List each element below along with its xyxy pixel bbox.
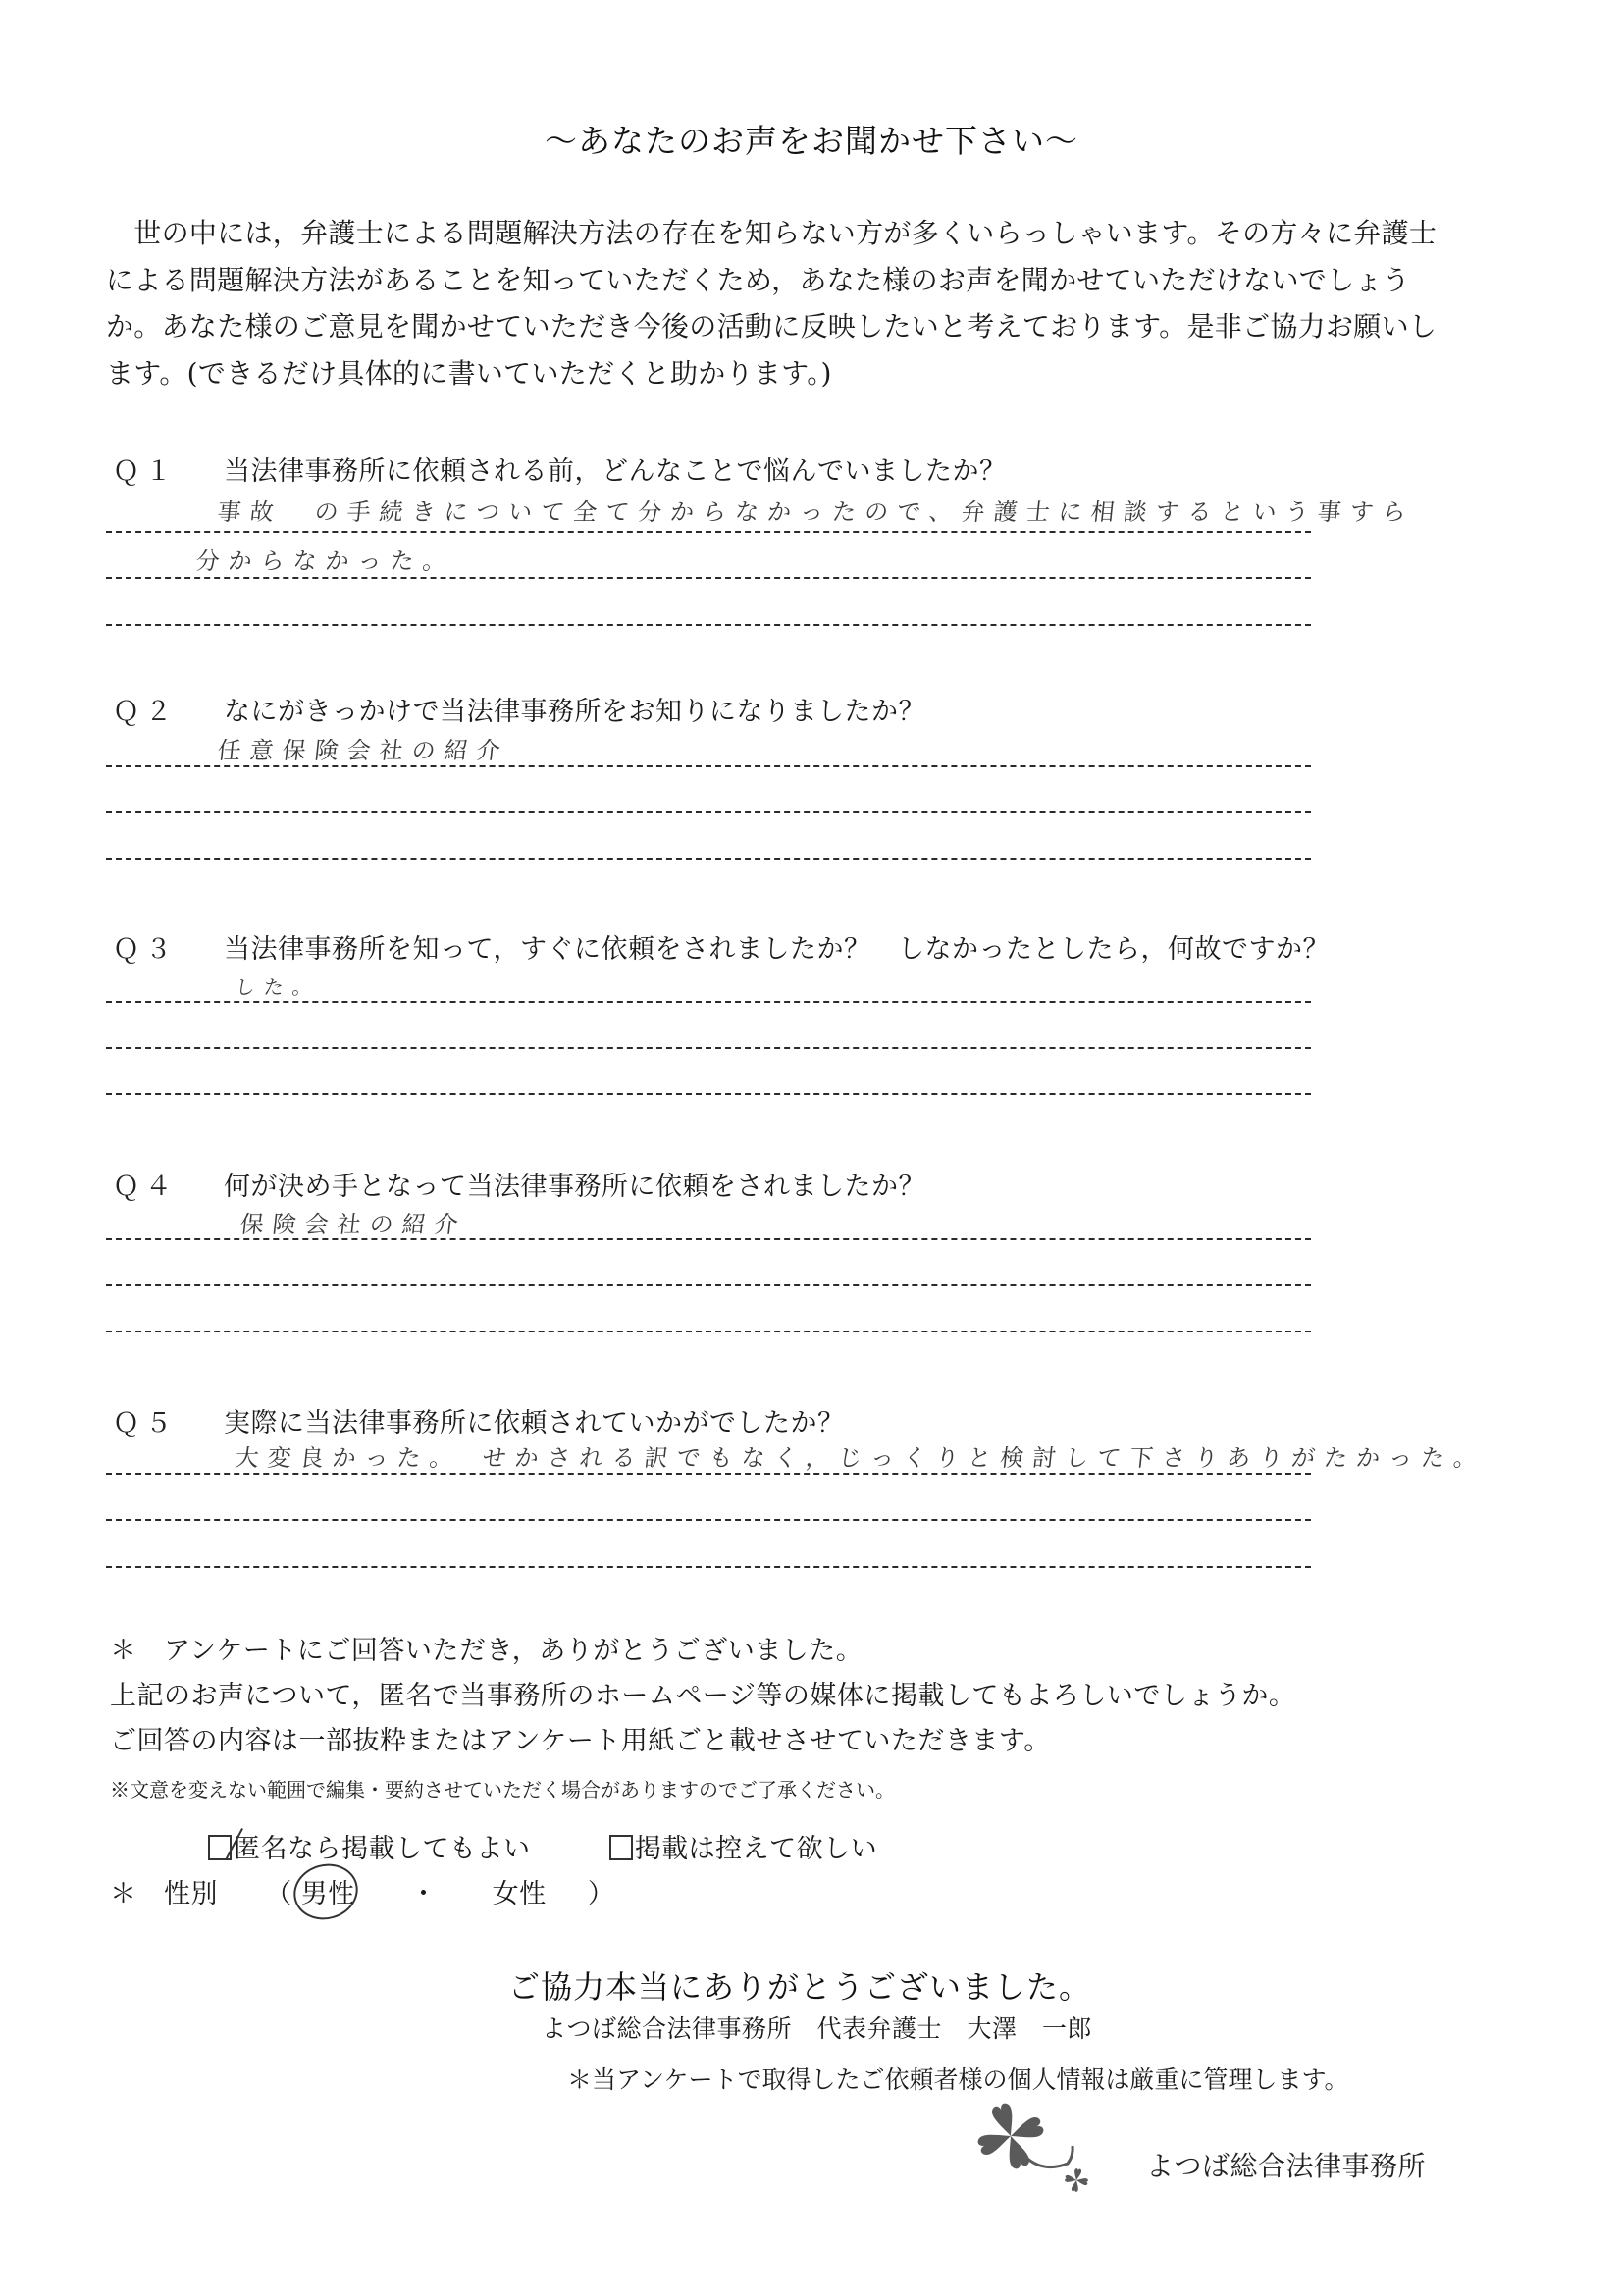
edit-note: ※文意を変えない範囲で編集・要約させていただく場合がありますのでご了承ください。 <box>110 1774 895 1802</box>
question-label: Ｑ４ <box>113 1165 178 1203</box>
question-label: Ｑ５ <box>113 1401 178 1439</box>
option-label: 掲載は控えて欲しい <box>635 1834 878 1864</box>
publish-question: 上記のお声について，匿名で当事務所のホームページ等の媒体に掲載してもよろしいでし… <box>110 1674 1295 1712</box>
signature: よつば総合法律事務所 代表弁護士 大澤 一郎 <box>542 2009 1092 2045</box>
gender-row: ＊ 性別 （ 男性 ・ 女性 ） <box>110 1872 614 1910</box>
answer-line[interactable] <box>106 1284 1311 1286</box>
checkbox-unchecked[interactable] <box>609 1835 633 1860</box>
separator: ・ <box>410 1872 438 1910</box>
handwritten-answer: 事故 の手続きについて全て分からなかったので、弁護士に相談するという事すら <box>216 493 1417 527</box>
answer-line[interactable] <box>106 858 1311 860</box>
handwritten-answer: 任意保険会社の紹介 <box>216 731 511 765</box>
gender-option-male[interactable]: 男性 <box>301 1872 355 1910</box>
checkbox-checked[interactable] <box>208 1835 232 1860</box>
publish-options: 匿名なら掲載してもよい 掲載は控えて欲しい <box>208 1827 877 1865</box>
option-allow-anonymous[interactable]: 匿名なら掲載してもよい <box>208 1834 540 1864</box>
answer-line[interactable] <box>106 1238 1311 1240</box>
question-text: 実際に当法律事務所に依頼されていかがでしたか？ <box>224 1401 845 1439</box>
question-label: Ｑ１ <box>113 449 178 488</box>
answer-line[interactable] <box>106 1566 1311 1568</box>
question-label: Ｑ２ <box>113 690 178 728</box>
answer-line[interactable] <box>106 577 1311 579</box>
firm-logo-text: よつば総合法律事務所 <box>1146 2145 1426 2184</box>
gender-option-female[interactable]: 女性 <box>493 1872 547 1910</box>
open-paren: （ <box>265 1872 292 1910</box>
handwritten-answer: 大変良かった。 せかされる訳でもなく，じっくりと検討して下さりありがたかった。 <box>234 1438 1488 1473</box>
option-decline[interactable]: 掲載は控えて欲しい <box>609 1834 878 1864</box>
answer-line[interactable] <box>106 765 1311 767</box>
thanks-line: ＊ アンケートにご回答いただき，ありがとうございました。 <box>110 1629 863 1667</box>
answer-line[interactable] <box>106 1473 1311 1475</box>
publish-note: ご回答の内容は一部抜粋またはアンケート用紙ごと載せさせていただきます。 <box>110 1719 1051 1757</box>
answer-line[interactable] <box>106 1519 1311 1521</box>
answer-line[interactable] <box>106 811 1311 813</box>
intro-line: ます。(できるだけ具体的に書いていただくと助かります。) <box>106 350 1519 397</box>
close-paren: ） <box>588 1872 615 1910</box>
question-text: 何が決め手となって当法律事務所に依頼をされましたか？ <box>224 1165 925 1203</box>
question-text: 当法律事務所を知って，すぐに依頼をされましたか？ しなかったとしたら，何故ですか… <box>224 927 1330 965</box>
option-label: 匿名なら掲載してもよい <box>234 1834 531 1864</box>
answer-line[interactable] <box>106 1093 1311 1095</box>
handwritten-answer: 分からなかった。 <box>194 542 457 576</box>
privacy-note: ＊当アンケートで取得したご依頼者様の個人情報は厳重に管理します。 <box>567 2061 1349 2096</box>
answer-line[interactable] <box>106 1047 1311 1049</box>
answer-line[interactable] <box>106 1331 1311 1332</box>
four-leaf-clover-icon <box>971 2095 1109 2203</box>
closing-thanks: ご協力本当にありがとうございました。 <box>508 1962 1091 2008</box>
intro-line: か。あなた様のご意見を聞かせていただき今後の活動に反映したいと考えております。是… <box>106 303 1519 350</box>
answer-line[interactable] <box>106 531 1311 533</box>
intro-line: による問題解決方法があることを知っていただくため，あなた様のお声を聞かせていただ… <box>106 257 1519 304</box>
question-label: Ｑ３ <box>113 927 178 965</box>
handwritten-answer: 保険会社の紹介 <box>238 1205 469 1239</box>
page-title: ～あなたのお声をお聞かせ下さい～ <box>0 116 1623 162</box>
intro-line: 世の中には，弁護士による問題解決方法の存在を知らない方が多くいらっしゃいます。そ… <box>106 210 1519 257</box>
question-text: なにがきっかけで当法律事務所をお知りになりましたか？ <box>224 690 925 728</box>
question-text: 当法律事務所に依頼される前，どんなことで悩んでいましたか？ <box>224 449 1007 488</box>
gender-prefix: ＊ 性別 <box>110 1872 218 1910</box>
answer-line[interactable] <box>106 1001 1311 1003</box>
intro-paragraph: 世の中には，弁護士による問題解決方法の存在を知らない方が多くいらっしゃいます。そ… <box>106 210 1519 396</box>
handwritten-answer: した。 <box>234 971 322 1000</box>
answer-line[interactable] <box>106 624 1311 626</box>
